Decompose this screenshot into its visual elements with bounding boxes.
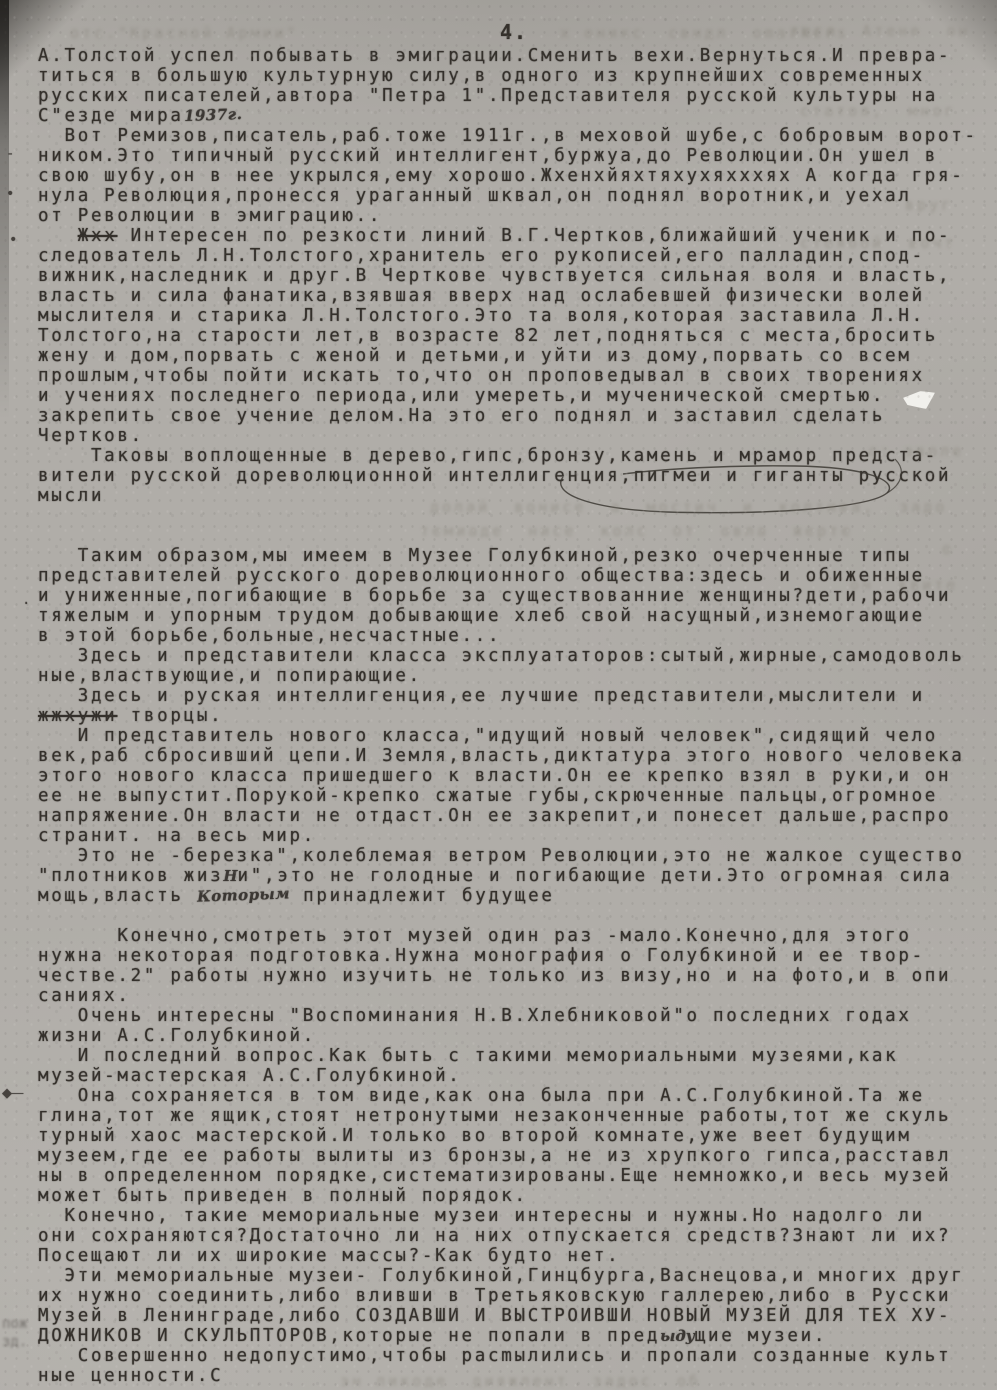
text-line: музей-мастерская А.С.Голубкиной.: [38, 1066, 990, 1086]
text-line: ные,властвующие,и попирающие.: [38, 666, 990, 686]
text-line: ные ценности.С: [38, 1366, 990, 1386]
text-line: "плотников жизНи",это не голодные и поги…: [38, 866, 990, 886]
scan-edge-left: [0, 0, 9, 420]
text-line: русских писателей,автора "Петра 1".Предс…: [38, 86, 990, 106]
text-line: может быть приведен в полный порядок.: [38, 1186, 990, 1206]
text-line: Вот Ремизов,писатель,раб.тоже 1911г.,в м…: [38, 126, 990, 146]
text-line: жизни А.С.Голубкиной.: [38, 1026, 990, 1046]
text-line: [38, 506, 990, 526]
text-line: Здесь и представители класса эксплуатато…: [38, 646, 990, 666]
text-line: мысли: [38, 486, 990, 506]
text-line: Жхх Интересен по резкости линий В.Г.Черт…: [38, 226, 990, 246]
text-line: ны в определенном порядке,систематизиров…: [38, 1166, 990, 1186]
text-line: странит. на весь мир.: [38, 826, 990, 846]
text-line: А.Толстой успел побывать в эмиграции.Сме…: [38, 46, 990, 66]
text-line: турный хаос мастерской.И только во второ…: [38, 1126, 990, 1146]
text-line: глина,тот же ящик,стоят нетронутыми неза…: [38, 1106, 990, 1126]
text-line: Толстого,на старости лет,в возрасте 82 л…: [38, 326, 990, 346]
text-line: Очень интересны "Воспоминания Н.В.Хлебни…: [38, 1006, 990, 1026]
text-line: музеем,где ее работы вылиты из бронзы,а …: [38, 1146, 990, 1166]
text-line: они сохраняются?Достаточно ли на них отп…: [38, 1226, 990, 1246]
text-line: тяжелым и упорным трудом добывающие хлеб…: [38, 606, 990, 626]
margin-mark: пож: [2, 1316, 27, 1332]
text-line: век,раб сбросивший цепи.И Земля,власть,д…: [38, 746, 990, 766]
text-line: нула Революция,пронесся ураганный шквал,…: [38, 186, 990, 206]
text-line: Таким образом,мы имеем в Музее Голубкино…: [38, 546, 990, 566]
margin-mark: зд.: [2, 1334, 27, 1350]
text-line: Совершенно недопустимо,чтобы расmылились…: [38, 1346, 990, 1366]
page-number: 4.: [500, 20, 528, 44]
text-line: и униженные,погибающие в борьбе за сущес…: [38, 586, 990, 606]
text-line: И представитель нового класса,"идущий но…: [38, 726, 990, 746]
text-line: Посещают ли их широкие массы?-Как будто …: [38, 1246, 990, 1266]
margin-mark: ◆—: [2, 1086, 23, 1101]
text-line: ее не выпустит.Порукой-крепко сжатые губ…: [38, 786, 990, 806]
text-line: следователь Л.Н.Толстого,хранитель его р…: [38, 246, 990, 266]
text-line: напряжение.Он власти не отдаст.Он ее зак…: [38, 806, 990, 826]
bleedthrough-text: отс."Красной Армии": [70, 24, 299, 42]
text-line: свою шубу,он в нее укрылся,ему хорошо.Жх…: [38, 166, 990, 186]
text-line: прошлым,чтобы пойти искать то,что он про…: [38, 366, 990, 386]
text-line: ником.Это типичный русский интеллигент,б…: [38, 146, 990, 166]
text-line: этого нового класса пришедшего к власти.…: [38, 766, 990, 786]
margin-mark: •: [9, 232, 17, 248]
margin-mark: •: [6, 186, 14, 202]
text-line: жену и дом,порвать с женой и детьми,и уй…: [38, 346, 990, 366]
text-line: С"езде мира1937г.: [38, 106, 990, 126]
margin-mark: ·: [22, 596, 30, 612]
text-line: И последний вопрос.Как быть с такими мем…: [38, 1046, 990, 1066]
text-line: мыслителя и старика Л.Н.Толстого.Это та …: [38, 306, 990, 326]
text-line: от Революции в эмиграцию..: [38, 206, 990, 226]
bleedthrough-text: тега Атене он ск: [790, 22, 997, 40]
text-line: честве.2" работы нужно изучить не только…: [38, 966, 990, 986]
text-line: Музей в Ленинграде,либо СОЗДАВШИ И ВЫСТР…: [38, 1306, 990, 1326]
text-line: вители русской дореволюционной интеллиге…: [38, 466, 990, 486]
text-line: Она сохраняется в том виде,как она была …: [38, 1086, 990, 1106]
text-line: Это не -березка",колеблемая ветром Револ…: [38, 846, 990, 866]
text-line: саниях.: [38, 986, 990, 1006]
text-line: мощь,власть Которым принадлежит будущее: [38, 886, 990, 906]
text-line: нужна некоторая подготовка.Нужна моногра…: [38, 946, 990, 966]
text-line: и учениях последнего периода,или умереть…: [38, 386, 990, 406]
margin-mark: -: [6, 146, 14, 162]
text-line: их нужно соединить,либо вливши в Третьяк…: [38, 1286, 990, 1306]
text-line: вижник,наследник и друг.В Черткове чувст…: [38, 266, 990, 286]
text-line: представителей русского дореволюционного…: [38, 566, 990, 586]
text-line: Таковы воплощенные в дерево,гипс,бронзу,…: [38, 446, 990, 466]
text-line: [38, 906, 990, 926]
text-line: титься в большую культурную силу,в одног…: [38, 66, 990, 86]
text-line: ДОЖНИКОВ И СКУЛЬПТОРОВ,которые не попали…: [38, 1326, 990, 1346]
text-line: Эти мемориальные музеи- Голубкиной,Гинцб…: [38, 1266, 990, 1286]
text-line: [38, 526, 990, 546]
text-line: жжхужи творцы.: [38, 706, 990, 726]
text-line: Чертков.: [38, 426, 990, 446]
text-line: закрепить свое учение делом.На это его п…: [38, 406, 990, 426]
text-line: Конечно,смотреть этот музей один раз -ма…: [38, 926, 990, 946]
text-line: Конечно, такие мемориальные музеи интере…: [38, 1206, 990, 1226]
text-line: власть и сила фанатика,взявшая вверх над…: [38, 286, 990, 306]
typewritten-text: А.Толстой успел побывать в эмиграции.Сме…: [38, 46, 990, 1386]
text-line: в этой борьбе,больные,несчастные...: [38, 626, 990, 646]
text-line: Здесь и руская интеллигенция,ее лучшие п…: [38, 686, 990, 706]
bleedthrough-text: х оникс свидл оmarkers: [560, 24, 849, 42]
